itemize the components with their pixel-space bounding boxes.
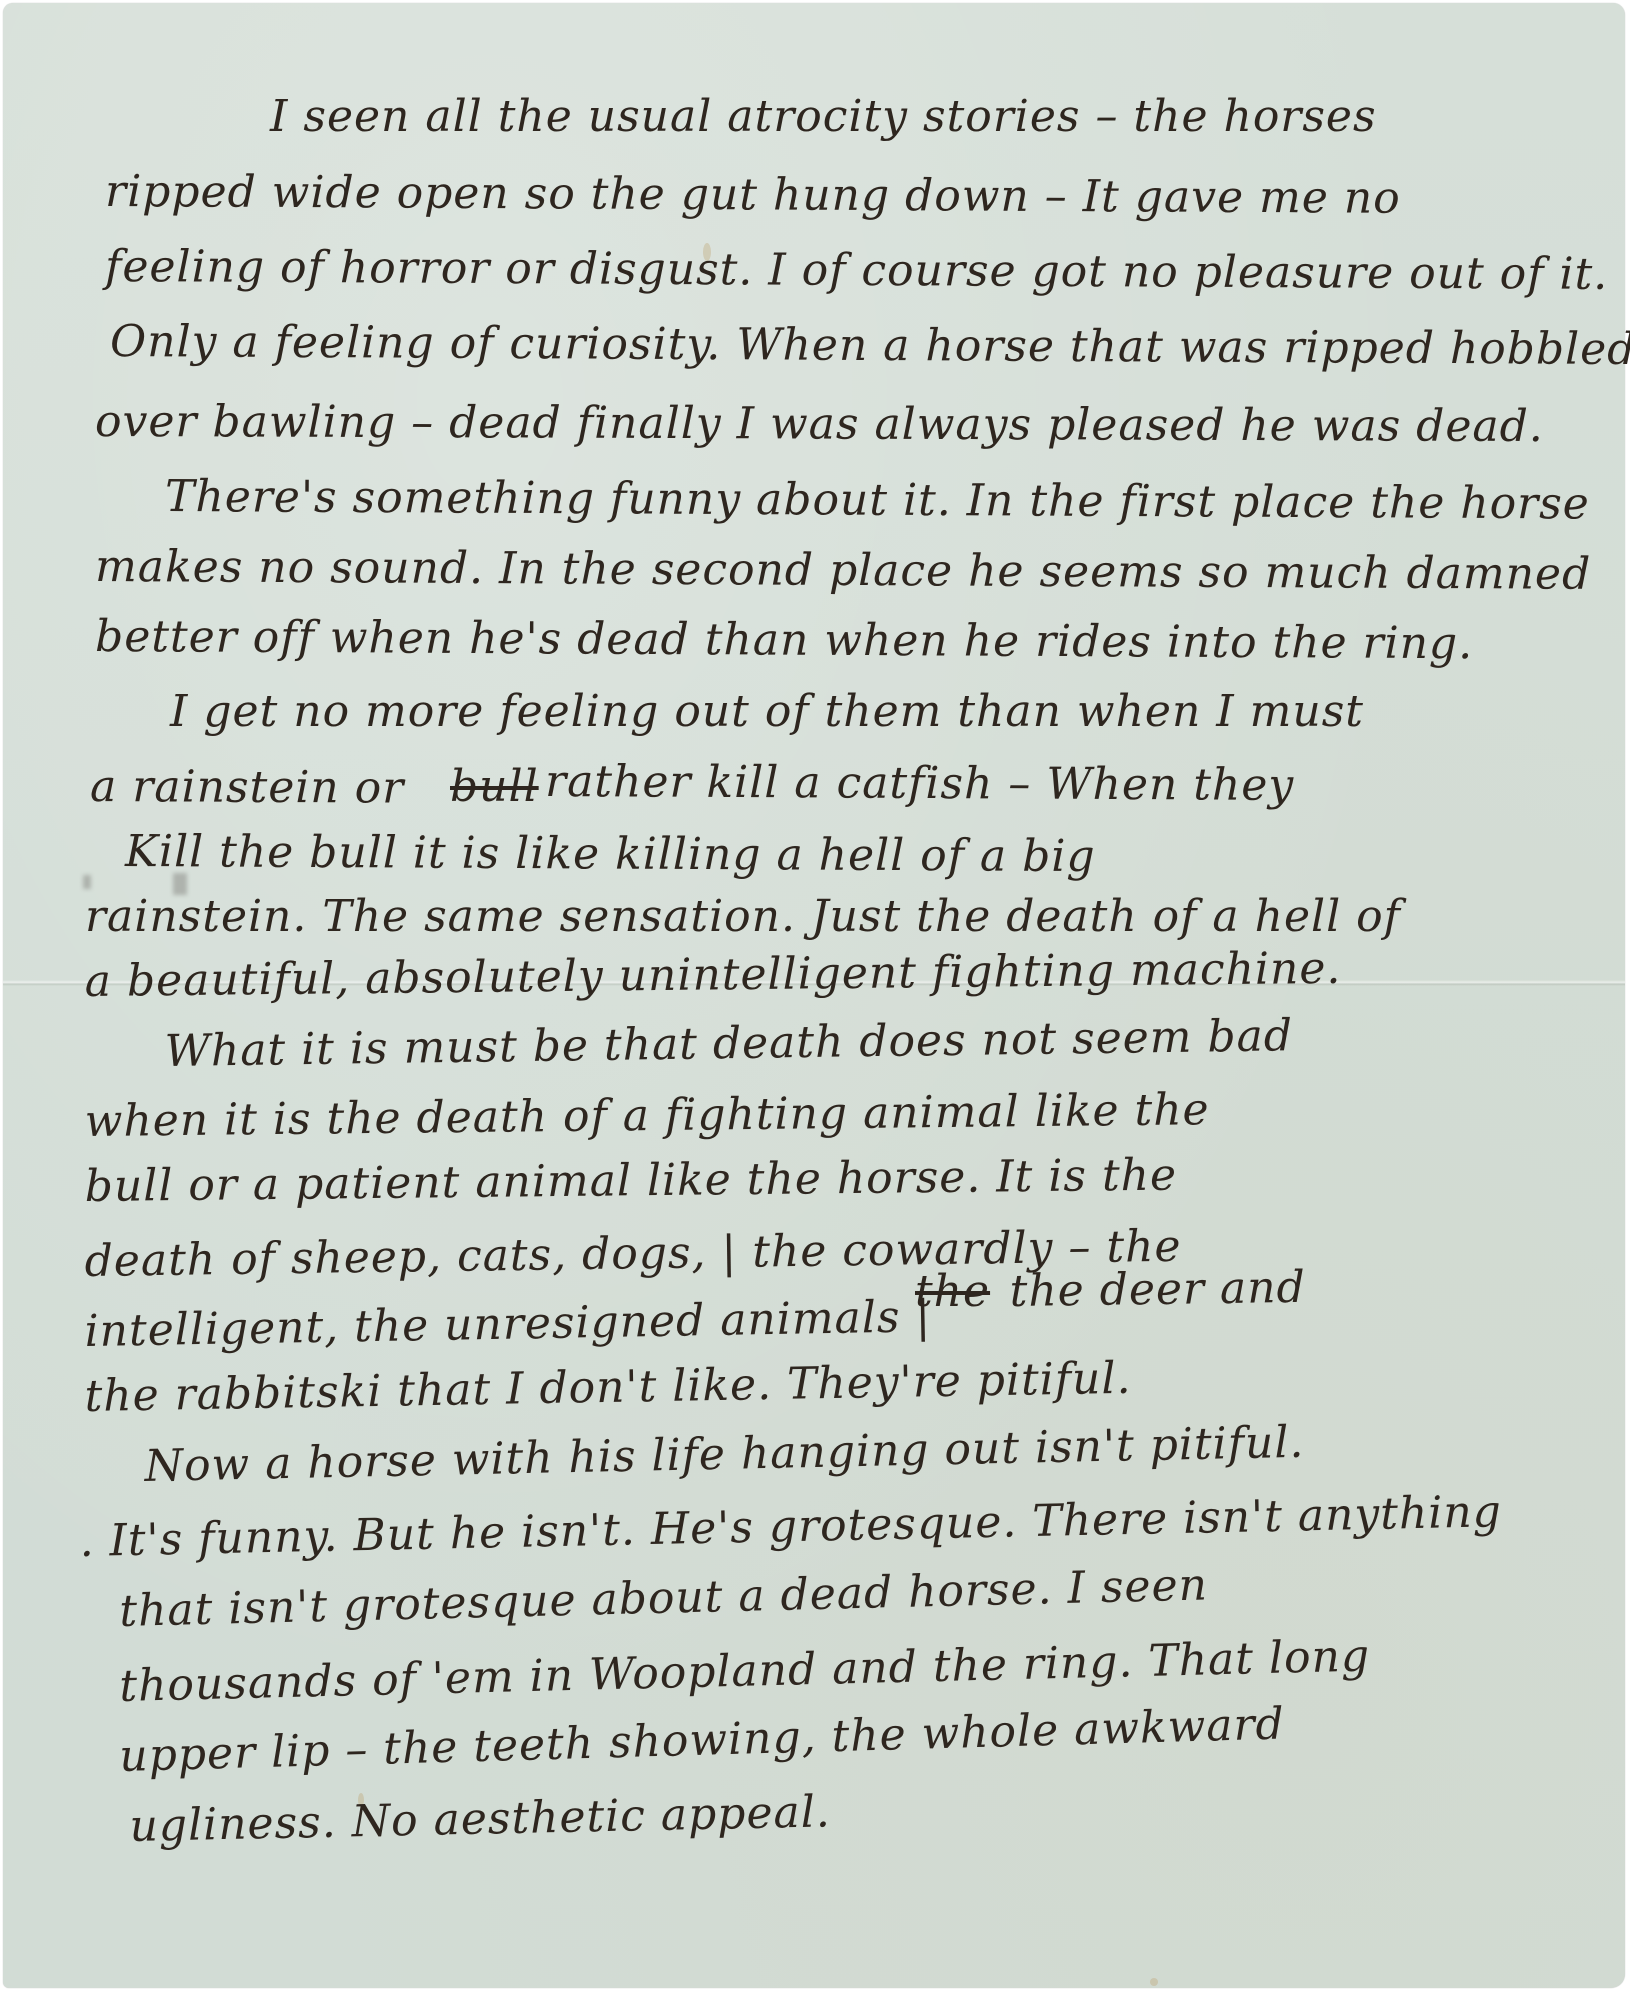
text-line-13: a beautiful, absolutely unintelligent fi… <box>85 947 1342 1004</box>
ink-smudge <box>83 875 91 889</box>
text-line-9: I get no more feeling out of them than w… <box>170 690 1364 734</box>
text-line-20: Now a horse with his life hanging out is… <box>144 1421 1305 1489</box>
text-line-4: Only a feeling of curiosity. When a hors… <box>110 320 1630 372</box>
text-line-6: There's something funny about it. In the… <box>165 475 1590 526</box>
text-line-21: . It's funny. But he isn't. He's grotesq… <box>79 1490 1502 1564</box>
manuscript-page: I seen all the usual atrocity stories – … <box>3 3 1625 1988</box>
text-line-10a: a rainstein or <box>90 765 404 811</box>
text-line-14: What it is must be that death does not s… <box>164 1014 1293 1074</box>
text-line-23: thousands of 'em in Woopland and the rin… <box>119 1634 1371 1709</box>
text-line-25: ugliness. No aesthetic appeal. <box>129 1790 831 1849</box>
text-line-3: feeling of horror or disgust. I of cours… <box>105 245 1608 297</box>
text-line-2: ripped wide open so the gut hung down – … <box>105 170 1401 221</box>
text-line-7: makes no sound. In the second place he s… <box>95 545 1591 597</box>
text-line-12: rainstein. The same sensation. Just the … <box>85 895 1401 939</box>
text-line-5: over bawling – dead finally I was always… <box>95 400 1544 449</box>
text-line-16: bull or a patient animal like the horse.… <box>85 1154 1178 1209</box>
text-line-15: when it is the death of a fighting anima… <box>85 1088 1210 1144</box>
text-line-11: Kill the bull it is like killing a hell … <box>125 830 1096 879</box>
struck-word: the <box>915 1270 990 1314</box>
text-line-22: that isn't grotesque about a dead horse.… <box>119 1563 1208 1634</box>
text-line-18a: intelligent, the unresigned animals | <box>84 1295 931 1354</box>
text-line-1: I seen all the usual atrocity stories – … <box>270 95 1377 139</box>
text-line-24: upper lip – the teeth showing, the whole… <box>119 1702 1286 1779</box>
text-line-19: the rabbitski that I don't like. They're… <box>84 1357 1132 1419</box>
text-line-10b: rather kill a catfish – When they <box>545 760 1294 808</box>
struck-word: bull <box>450 765 539 809</box>
text-line-8: better off when he's dead than when he r… <box>95 615 1473 666</box>
paper-stain <box>1150 1978 1158 1986</box>
text-line-18b: the deer and <box>1009 1266 1306 1314</box>
